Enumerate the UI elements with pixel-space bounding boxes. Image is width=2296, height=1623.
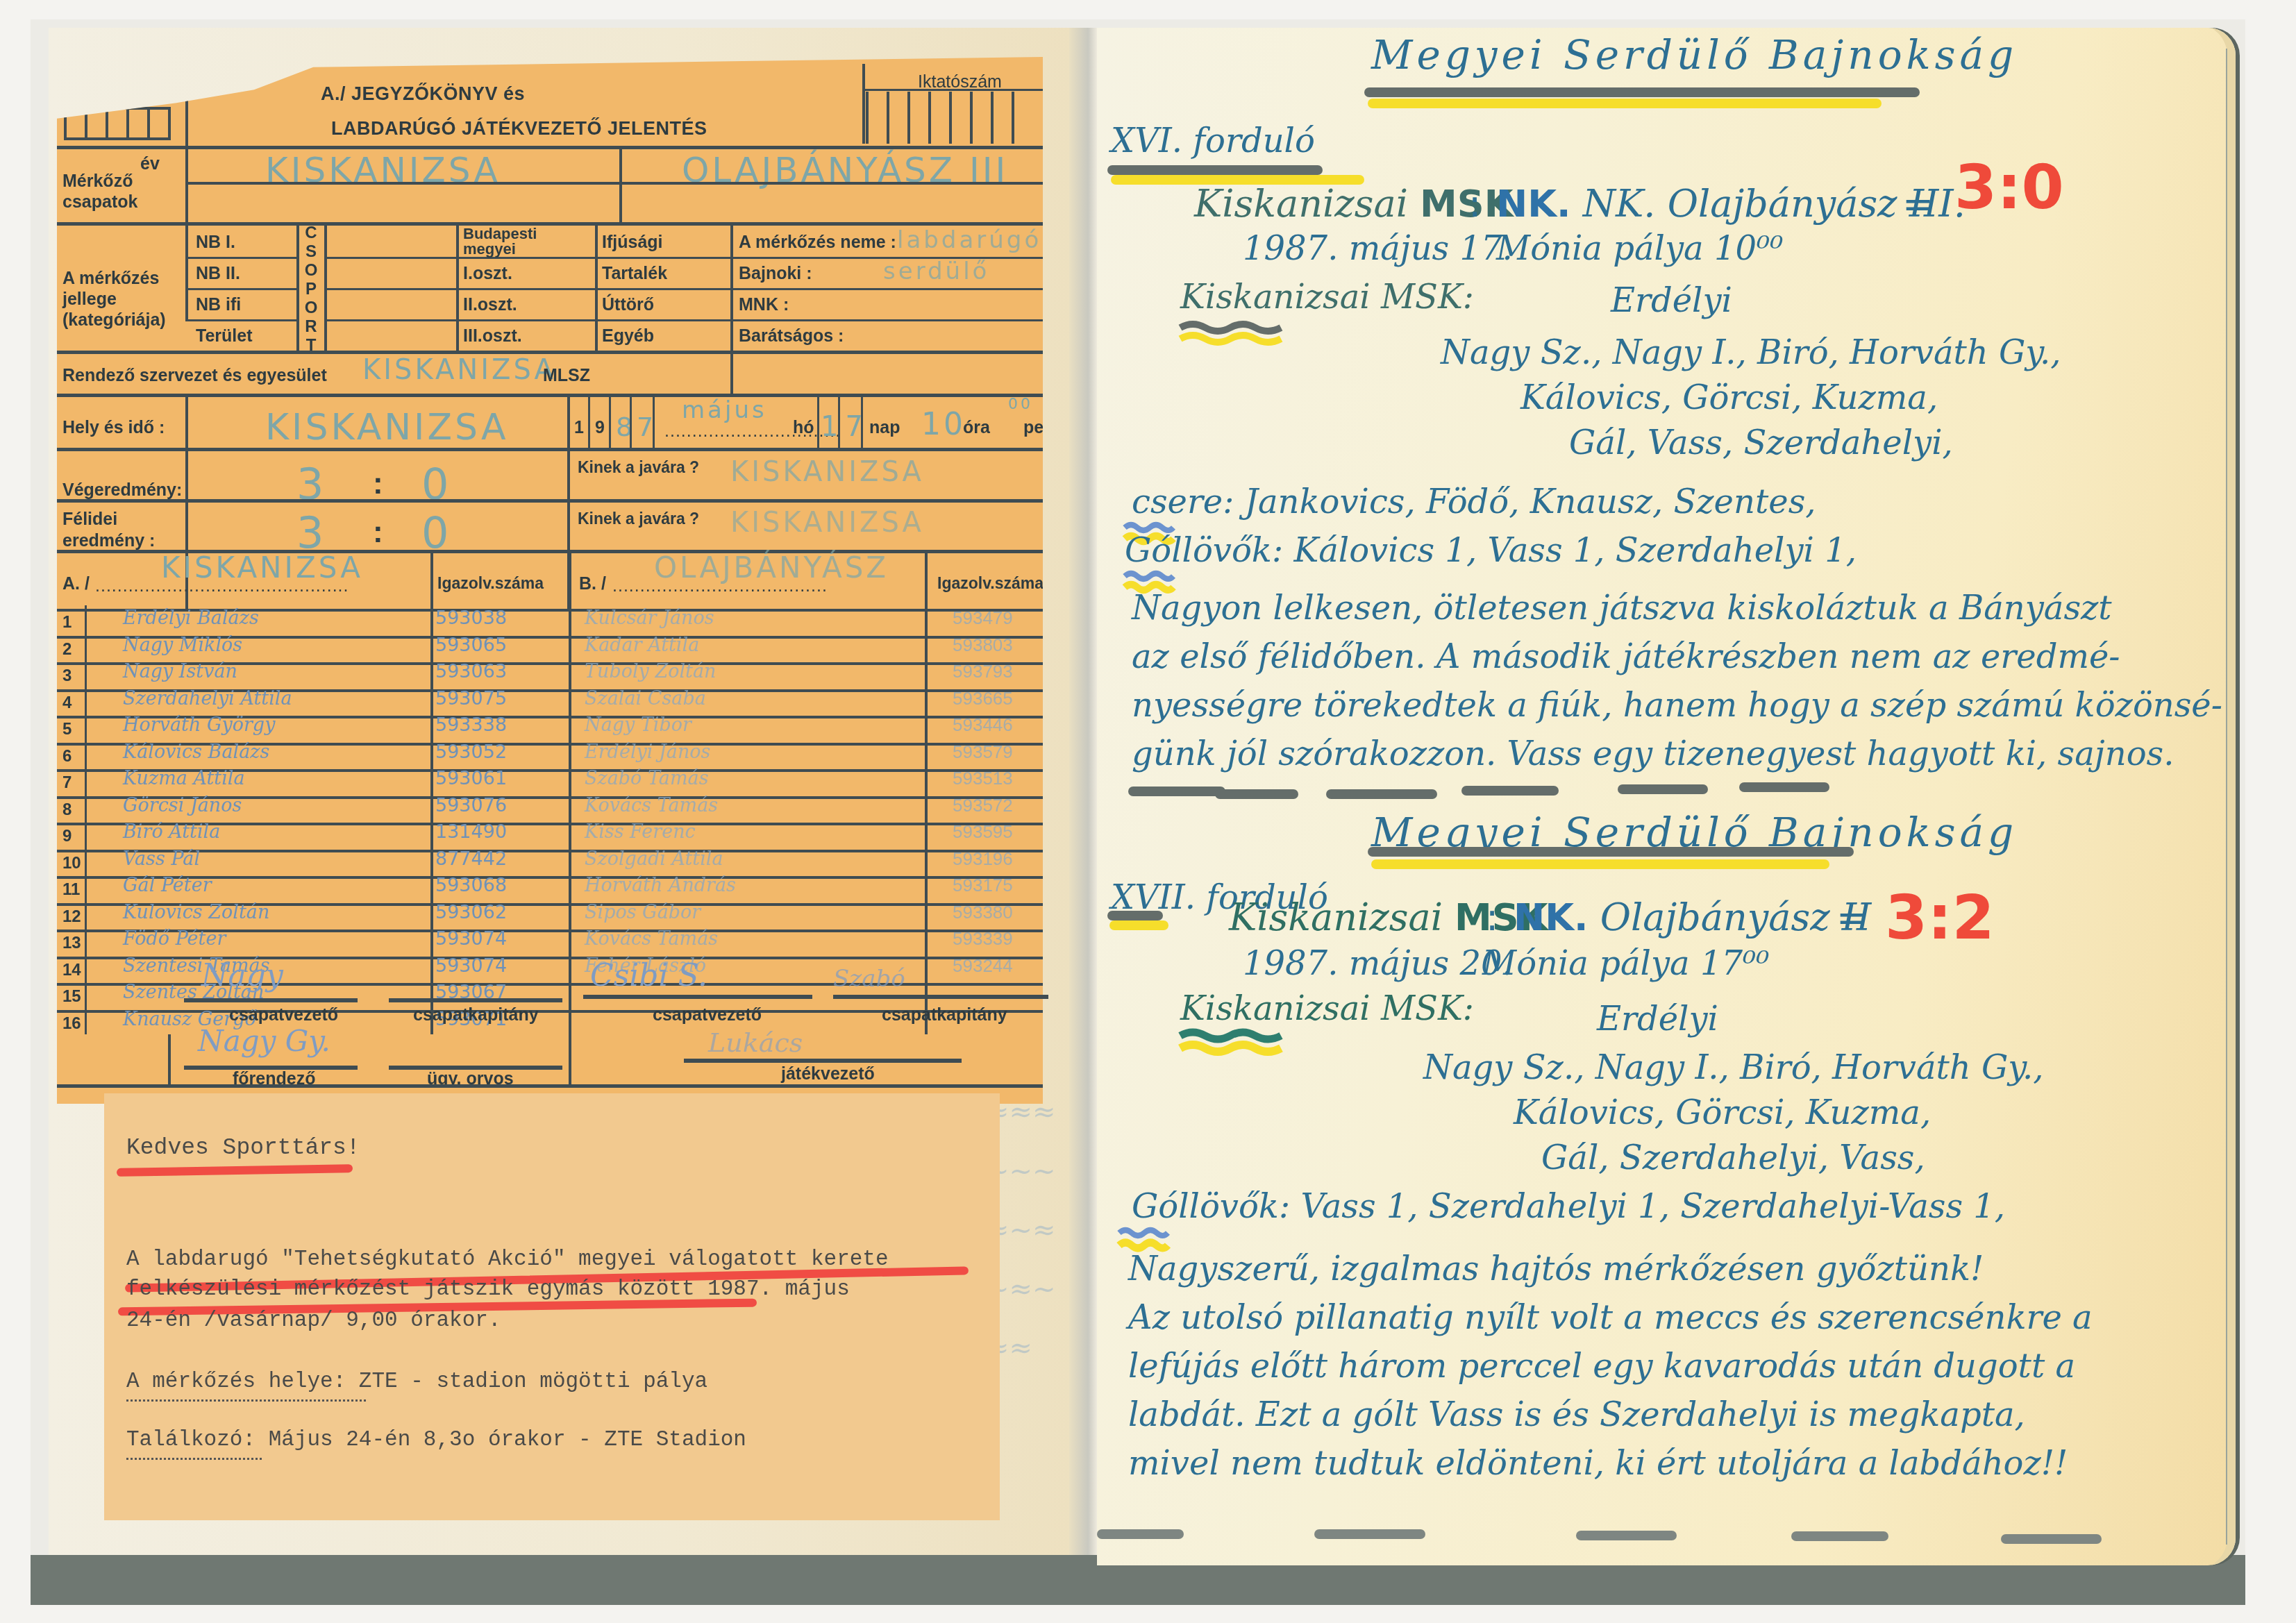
table-row: 11Gál Péter593068Horváth András593175 [57, 876, 1043, 905]
note-greeting: Kedves Sporttárs! [126, 1135, 360, 1161]
section1-lineup-wave [1180, 321, 1281, 348]
team-a-player-id: 593038 [435, 607, 507, 629]
section2-report-2: lefújás előtt három perccel egy kavarodá… [1128, 1347, 2075, 1386]
category-nb2: NB II. [196, 264, 240, 284]
note-place-label: A mérkőzés helye: [126, 1370, 346, 1394]
iktatoszam-boxes [866, 92, 1014, 144]
half-score-label-1: Félidei [62, 510, 117, 530]
team-b-player-id: 593196 [953, 848, 1013, 870]
section1-round: XVI. forduló [1111, 121, 1315, 160]
team-b-player-id: 593175 [953, 875, 1013, 896]
section1-scorers: Góllövők: Kálovics 1, Vass 1, Szerdahely… [1125, 531, 1857, 570]
table-row: 5Horváth György593338Nagy Tibor593446 [57, 716, 1043, 744]
teams-label-1: Mérkőző [62, 171, 133, 192]
day-handwritten: 17 [821, 411, 870, 443]
table-row: 8Görcsi János593076Kovács Tamás593572 [57, 796, 1043, 825]
signature-b-captain: Szabó [833, 965, 905, 993]
table-row: 9Biró Attila131490Kiss Ferenc593595 [57, 823, 1043, 851]
team-b-player-id: 593793 [953, 661, 1013, 682]
category-nb1: NB I. [196, 233, 235, 253]
favor-half-label: Kinek a javára ? [578, 510, 699, 528]
section1-sep: : [1468, 182, 1481, 226]
csoport-vertical-label: CSOPORT [302, 224, 320, 355]
category-terulet: Terület [196, 326, 253, 346]
team-a-player-id: 877442 [435, 848, 507, 870]
year-digit-2: 9 [595, 418, 605, 438]
place-time-label: Hely és idő : [62, 418, 165, 438]
favor-half-handwritten: KISKANIZSA [730, 507, 924, 539]
team-b-player-id: 593803 [953, 634, 1013, 656]
section2-score: 3:2 [1885, 882, 1995, 953]
team-a-player-name: Kálovics Balázs [123, 741, 269, 763]
note-line2: felkészülési mérkőzést játszik egymás kö… [126, 1277, 850, 1302]
row-number: 16 [62, 1014, 81, 1034]
note-place-value: ZTE - stadion mögötti pálya [346, 1370, 707, 1394]
match-type-handwritten: labdarúgó [897, 227, 1041, 254]
team-b-player-id: 593339 [953, 928, 1013, 950]
team-a-player-id: 593338 [435, 714, 507, 736]
teams-label-2: csapatok [62, 192, 137, 212]
section1-lineup-0: Erdélyi [1611, 281, 1732, 320]
row-number: 6 [62, 747, 72, 766]
row-number: 7 [62, 773, 72, 793]
section1-lineup-1: Nagy Sz., Nagy I., Biró, Horváth Gy., [1441, 333, 2061, 372]
row-number: 5 [62, 720, 72, 739]
table-row: 6Kálovics Balázs593052Erdélyi János59357… [57, 743, 1043, 771]
category-label-1: A mérkőzés [62, 269, 159, 289]
section2-venue: Mónia pálya 17⁰⁰ [1482, 944, 1769, 983]
team-b-player-name: Kulcsár János [585, 607, 714, 629]
row-number: 1 [62, 613, 72, 632]
year-digit-3: 8 [616, 412, 635, 443]
section2-report-3: labdát. Ezt a gólt Vass is és Szerdahely… [1128, 1395, 2025, 1434]
team-a-player-id: 593076 [435, 795, 507, 816]
table-row: 3Nagy István593063Tuboly Zoltán593793 [57, 662, 1043, 691]
section1-lineup-label: Kiskanizsai MSK: [1180, 278, 1474, 317]
row-number: 4 [62, 693, 72, 713]
team-b-player-name: Kovács Tamás [585, 795, 718, 816]
section1-subs-label: csere: [1132, 482, 1234, 521]
table-row: 4Szerdahelyi Attila593075Szalai Csaba593… [57, 689, 1043, 718]
team-b-player-name: Kovács Tamás [585, 928, 718, 950]
row-number: 9 [62, 827, 72, 846]
table-row: 13Födő Péter593074Kovács Tamás593339 [57, 930, 1043, 958]
year-label: év [140, 154, 160, 174]
team-b-player-name: Szalai Csaba [585, 688, 706, 709]
month-label: hó [793, 418, 814, 438]
half-score-label-2: eredmény : [62, 531, 155, 551]
typed-invitation-note: Kedves Sporttárs! A labdarugó "Tehetségk… [104, 1093, 1000, 1520]
team-a-list-name: KISKANIZSA [161, 551, 363, 585]
note-meet: Találkozó: Május 24-én 8,3o órakor - ZTE… [126, 1428, 746, 1452]
section2-scorers-label: Góllövők: [1132, 1187, 1290, 1226]
team-a-player-name: Födő Péter [123, 928, 226, 950]
sig-label-referee: játékvezető [781, 1064, 875, 1084]
team-a-player-name: Nagy István [123, 661, 237, 682]
row-number: 15 [62, 987, 81, 1007]
sig-label-a-captain: csapatkapitány [413, 1005, 539, 1025]
team-b-player-id: 593572 [953, 795, 1013, 816]
table-row: 1Erdélyi Balázs593038Kulcsár János593479 [57, 609, 1043, 637]
category-egyeb: Egyéb [602, 326, 654, 346]
team-b-player-name: Szabó Tamás [585, 768, 709, 789]
note-place: A mérkőzés helye: ZTE - stadion mögötti … [126, 1370, 707, 1394]
team-b-player-id: 593595 [953, 821, 1013, 843]
team-b-player-name: Kadar Attila [585, 634, 699, 656]
signature-b-leader: Csibi S. [590, 958, 707, 993]
signature-a-leader: Nagy [201, 958, 283, 993]
category-nbifi: NB ifi [196, 295, 241, 315]
team-a-player-id: 593063 [435, 661, 507, 682]
note-line3: 24-én /vasárnap/ 9,00 órakor. [126, 1309, 501, 1333]
row-number: 14 [62, 961, 81, 980]
team-a-player-name: Nagy Miklós [123, 634, 242, 656]
minute-label-cut: pe [1023, 418, 1044, 438]
row-number: 12 [62, 907, 81, 927]
organizer-label: Rendező szervezet és egyesület [62, 366, 327, 386]
sig-label-b-leader: csapatvezető [653, 1005, 762, 1025]
category-i-oszt: I.oszt. [463, 264, 512, 284]
row-number: 11 [62, 880, 80, 900]
team-a-player-id: 593061 [435, 768, 507, 789]
section2-report-1: Az utolsó pillanatig nyílt volt a meccs … [1128, 1298, 2093, 1337]
table-row: 7Kuzma Attila593061Szabó Tamás593513 [57, 769, 1043, 798]
team-b-player-name: Sipos Gábor [585, 902, 701, 923]
bajnoki-label: Bajnoki : [739, 264, 812, 284]
team-b-player-id: 593380 [953, 902, 1013, 923]
bajnoki-handwritten: serdülő [883, 258, 989, 285]
note-meet-value: Május 24-én 8,3o órakor - ZTE Stadion [255, 1428, 746, 1452]
team-b-player-name: Kiss Ferenc [585, 821, 696, 843]
form-title-line2: LABDARÚGÓ JÁTÉKVEZETŐ JELENTÉS [331, 118, 707, 140]
section2-scorers: Góllövők: Vass 1, Szerdahelyi 1, Szerdah… [1132, 1187, 2005, 1226]
team-a-player-id: 593075 [435, 688, 507, 709]
section2-sep: : [1486, 895, 1498, 939]
note-line1: A labdarugó "Tehetségkutató Akció" megye… [126, 1247, 889, 1272]
section2-lineup-2: Kálovics, Görcsi, Kuzma, [1514, 1093, 1931, 1132]
favor-final-handwritten: KISKANIZSA [730, 456, 924, 488]
category-budapesti: Budapesti megyei [463, 226, 581, 257]
table-row: 12Kulovics Zoltán593062Sipos Gábor593380 [57, 903, 1043, 932]
final-score-label: Végeredmény: [62, 480, 182, 501]
minute-handwritten: 00 [1008, 396, 1033, 413]
section1-away: NK. NK. Olajbányász III. [1496, 182, 1966, 226]
mnk-label: MNK : [739, 295, 789, 315]
category-ifjusagi: Ifjúsági [602, 233, 663, 253]
section2-away: NK. Olajbányász II [1514, 895, 1871, 939]
team-b-id-label: Igazolv.száma [937, 574, 1044, 592]
category-tartalek: Tartalék [602, 264, 667, 284]
section2-lineup-3: Gál, Szerdahelyi, Vass, [1541, 1138, 1925, 1177]
note-meet-label: Találkozó: [126, 1428, 255, 1452]
section2-arrow: = [1836, 895, 1868, 939]
match-type-label: A mérkőzés neme : [739, 233, 896, 253]
organizer-handwritten: KISKANIZSA [362, 354, 556, 386]
team-b-player-id: 593579 [953, 741, 1013, 763]
team-b-player-name: Nagy Tibor [585, 714, 692, 736]
signature-referee: Lukács [708, 1027, 803, 1058]
section1-report-3: günk jól szórakozzon. Vass egy tizenegye… [1132, 734, 2174, 773]
team-a-player-name: Biró Attila [123, 821, 220, 843]
category-label-2: jellege [62, 289, 117, 310]
section2-report-4: mivel nem tudtuk eldönteni, ki ért utolj… [1128, 1444, 2068, 1483]
section1-date: 1987. május 17. [1243, 229, 1513, 268]
team-a-player-name: Görcsi János [123, 795, 242, 816]
baratsagos-label: Barátságos : [739, 326, 844, 346]
section1-scorers-label: Góllövők: [1125, 531, 1283, 570]
team-a-player-id: 593065 [435, 634, 507, 656]
section1-lineup-3: Gál, Vass, Szerdahelyi, [1569, 423, 1953, 462]
team-a-player-name: Kulovics Zoltán [123, 902, 269, 923]
month-handwritten: május [682, 397, 767, 424]
section2-lineup-0: Erdélyi [1597, 1000, 1718, 1038]
sig-label-b-captain: csapatkapitány [882, 1005, 1007, 1025]
signature-main-org: Nagy Gy. [198, 1024, 330, 1058]
row-number: 13 [62, 934, 81, 953]
team-b-player-id: 593665 [953, 688, 1013, 709]
team-b-player-name: Horváth András [585, 875, 736, 896]
team-a-player-id: 593068 [435, 875, 507, 896]
team-b-list-name: OLAJBÁNYÁSZ [654, 551, 889, 585]
team-b-player-name: Szolgadi Attila [585, 848, 723, 870]
row-number: 3 [62, 666, 72, 686]
team-a-player-name: Gál Péter [123, 875, 212, 896]
section1-subs: csere: Jankovics, Födő, Knausz, Szentes, [1132, 482, 1816, 521]
category-label-3: (kategóriája) [62, 310, 166, 330]
hour-handwritten: 10 [921, 407, 966, 443]
team-b-player-name: Tuboly Zoltán [585, 661, 716, 682]
team-a-player-id: 593062 [435, 902, 507, 923]
category-uttoro: Úttörő [602, 295, 654, 315]
sig-label-a-leader: csapatvezető [229, 1005, 338, 1025]
team-a-player-id: 593074 [435, 955, 507, 977]
section1-report-1: az első félidőben. A második játékrészbe… [1132, 637, 2120, 676]
section1-lineup-2: Kálovics, Görcsi, Kuzma, [1520, 378, 1938, 417]
category-iii-oszt: III.oszt. [463, 326, 522, 346]
team-a-player-name: Vass Pál [123, 848, 200, 870]
section2-home: Kiskanizsai MSK [1229, 895, 1548, 939]
team-b-player-id: 593244 [953, 955, 1013, 977]
place-handwritten: KISKANIZSA [265, 407, 509, 449]
team-a-id-label: Igazolv.száma [437, 574, 544, 592]
team-b-player-id: 593513 [953, 768, 1013, 789]
category-ii-oszt: II.oszt. [463, 295, 517, 315]
organizer-printed: MLSZ [543, 366, 590, 386]
hour-label: óra [963, 418, 990, 438]
section1-arrow: = [1902, 182, 1934, 226]
section1-home: Kiskanizsai MSK [1194, 182, 1514, 226]
section2-report-0: Nagyszerű, izgalmas hajtós mérkőzésen gy… [1128, 1250, 1984, 1288]
row-number: 10 [62, 854, 81, 873]
section2-date: 1987. május 20. [1243, 944, 1513, 983]
section1-report-2: nyességre törekedtek a fiúk, hanem hogy … [1132, 686, 2222, 725]
section1-score: 3:0 [1954, 151, 2064, 223]
team-a-player-id: 131490 [435, 821, 507, 843]
section1-title: Megyei Serdülő Bajnokság [1371, 31, 2018, 78]
form-title-line1: A./ JEGYZŐKÖNYV és [321, 83, 525, 105]
section2-lineup-label: Kiskanizsai MSK: [1180, 989, 1474, 1028]
section1-report-0: Nagyon lelkesen, ötletesen játszva kisko… [1132, 589, 2112, 628]
team-b-player-id: 593479 [953, 607, 1013, 629]
team-a-player-name: Erdélyi Balázs [123, 607, 259, 629]
team-a-player-name: Kuzma Attila [123, 768, 245, 789]
team-a-player-name: Horváth György [123, 714, 275, 736]
team-b-player-id: 593446 [953, 714, 1013, 736]
team-b-player-name: Erdélyi János [585, 741, 710, 763]
team-a-player-name: Szerdahelyi Attila [123, 688, 292, 709]
section1-venue: Mónia pálya 10⁰⁰ [1496, 229, 1783, 268]
row-number: 2 [62, 640, 72, 659]
favor-final-label: Kinek a javára ? [578, 458, 699, 476]
row-number: 8 [62, 800, 72, 820]
team-a-prefix: A. / [62, 574, 90, 594]
day-label: nap [869, 418, 900, 438]
year-digit-1: 1 [574, 418, 584, 438]
table-row: 2Nagy Miklós593065Kadar Attila593803 [57, 636, 1043, 664]
table-row: 10Vass Pál877442Szolgadi Attila593196 [57, 850, 1043, 878]
team-a-player-id: 593074 [435, 928, 507, 950]
team-b-prefix: B. / [579, 574, 606, 594]
match-report-form: Sorszám év A./ JEGYZŐKÖNYV és LABDARÚGÓ … [57, 57, 1043, 1083]
team-a-player-id: 593052 [435, 741, 507, 763]
section2-lineup-1: Nagy Sz., Nagy I., Biró, Horváth Gy., [1423, 1048, 2044, 1087]
